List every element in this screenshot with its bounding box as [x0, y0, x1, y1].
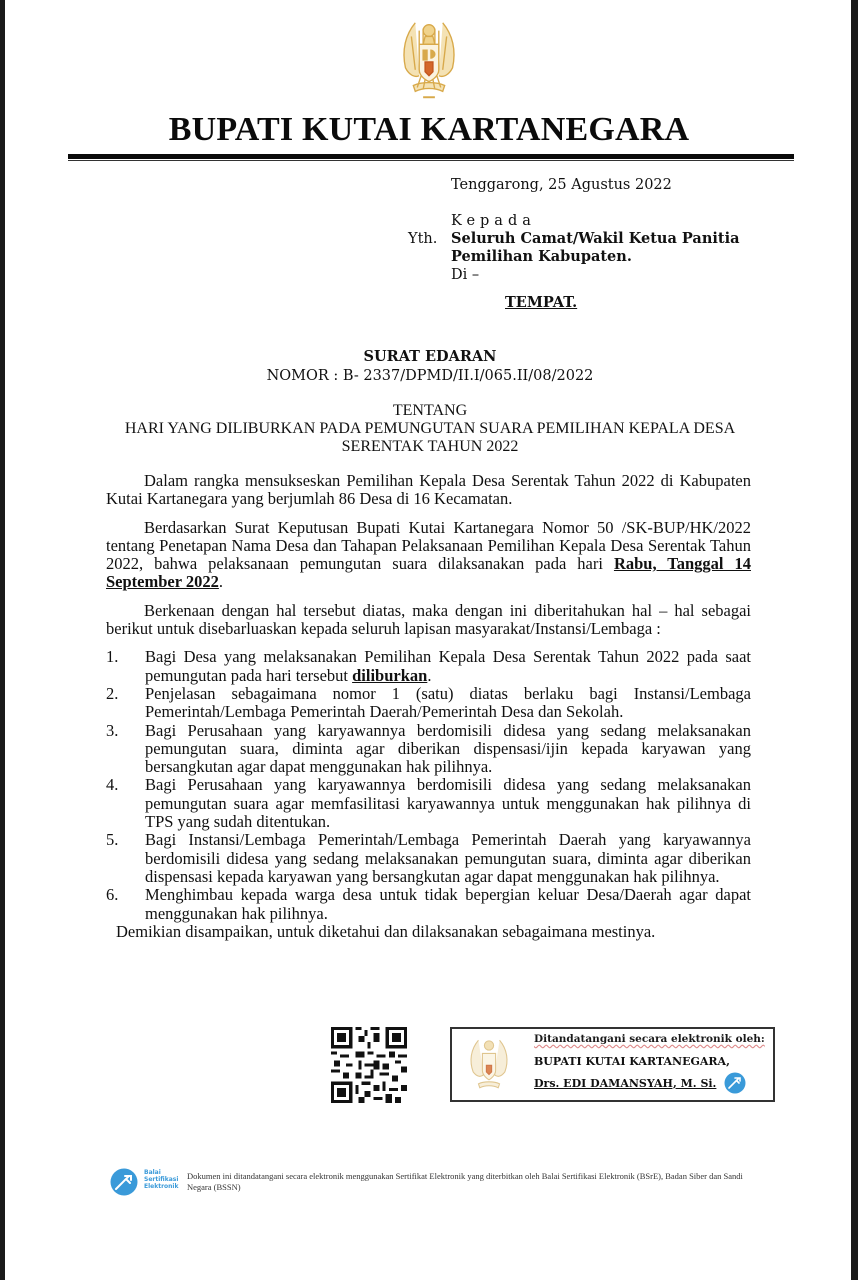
document-number: NOMOR : B- 2337/DPMD/II.I/065.II/08/2022 — [100, 367, 760, 385]
letterhead-title: BUPATI KUTAI KARTANEGARA — [0, 111, 858, 149]
bsre-logo-text: Balai Sertifikasi Elektronik — [144, 1169, 178, 1190]
diliburkan-emphasis: diliburkan — [352, 666, 427, 685]
letter-body: Dalam rangka mensukseskan Pemilihan Kepa… — [106, 472, 751, 941]
page-edge-right — [851, 0, 858, 1280]
list-item: 1.Bagi Desa yang melaksanakan Pemilihan … — [106, 648, 751, 685]
di-label: Di – — [451, 266, 479, 284]
paragraph-3: Berkenaan dengan hal tersebut diatas, ma… — [106, 602, 751, 639]
yth-label: Yth. — [408, 230, 437, 248]
footer-certificate-note: Dokumen ini ditandatangani secara elektr… — [187, 1171, 757, 1193]
subject-line-1: HARI YANG DILIBURKAN PADA PEMUNGUTAN SUA… — [100, 420, 760, 438]
paragraph-1: Dalam rangka mensukseskan Pemilihan Kepa… — [106, 472, 751, 509]
signer-name: Drs. EDI DAMANSYAH, M. Si. — [534, 1077, 716, 1090]
page-edge-left — [0, 0, 5, 1280]
list-item: 3.Bagi Perusahaan yang karyawannya berdo… — [106, 722, 751, 777]
list-item: 5.Bagi Instansi/Lembaga Pemerintah/Lemba… — [106, 831, 751, 886]
bsre-logo-icon — [110, 1168, 138, 1196]
recipient-line-1: Seluruh Camat/Wakil Ketua Panitia — [451, 230, 739, 248]
recipient-line-2: Pemilihan Kabupaten. — [451, 248, 632, 266]
signed-by-label: Ditandatangani secara elektronik oleh: — [534, 1033, 765, 1045]
bsre-badge-icon — [724, 1072, 746, 1094]
tentang-label: TENTANG — [100, 402, 760, 420]
qr-code-icon[interactable] — [331, 1027, 407, 1103]
list-item: 2.Penjelasan sebagaimana nomor 1 (satu) … — [106, 685, 751, 722]
garuda-emblem-icon — [380, 10, 478, 110]
document-type: SURAT EDARAN — [100, 348, 760, 366]
place-date: Tenggarong, 25 Agustus 2022 — [451, 176, 672, 194]
tempat-label: TEMPAT. — [505, 294, 577, 312]
letterhead-rule-thick — [68, 154, 794, 159]
signer-position: BUPATI KUTAI KARTANEGARA, — [534, 1055, 730, 1068]
list-item: 6.Menghimbau kepada warga desa untuk tid… — [106, 886, 751, 923]
instruction-list: 1.Bagi Desa yang melaksanakan Pemilihan … — [106, 648, 751, 922]
subject-line-2: SERENTAK TAHUN 2022 — [100, 438, 760, 456]
kepada-label: Kepada — [451, 212, 536, 230]
closing-sentence: Demikian disampaikan, untuk diketahui da… — [106, 923, 751, 941]
garuda-emblem-small-icon — [456, 1031, 522, 1097]
paragraph-2: Berdasarkan Surat Keputusan Bupati Kutai… — [106, 519, 751, 592]
letterhead-rule-thin — [68, 160, 794, 161]
list-item: 4.Bagi Perusahaan yang karyawannya berdo… — [106, 776, 751, 831]
